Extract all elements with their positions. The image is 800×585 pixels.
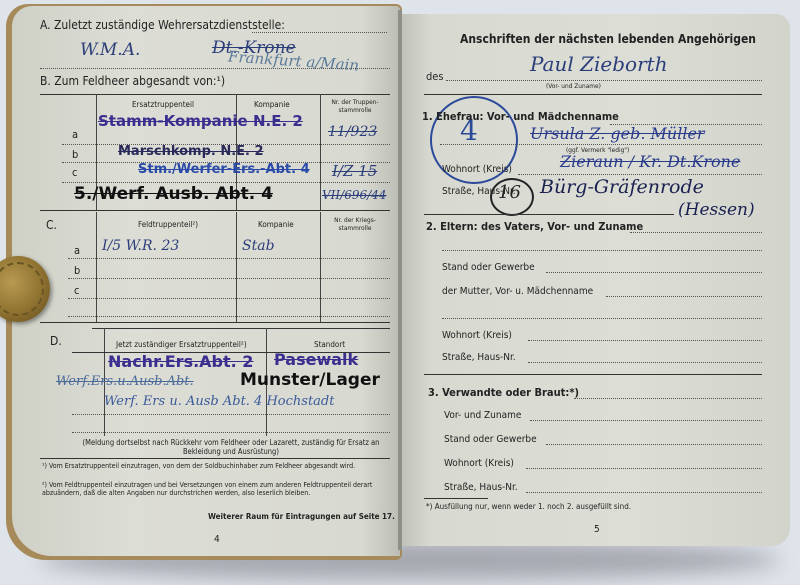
book-spine — [398, 10, 402, 550]
dotted-line — [446, 80, 762, 81]
wohnort-label-3: Wohnort (Kreis) — [444, 458, 514, 469]
dotted-line — [68, 278, 390, 279]
right-title: Anschriften der nächsten lebenden Angehö… — [460, 32, 756, 46]
stammrolle-d: VII/696/44 — [322, 188, 386, 202]
dotted-line — [574, 398, 762, 399]
dotted-line — [606, 296, 762, 297]
dotted-line — [68, 258, 390, 259]
section-d-label: D. — [50, 334, 62, 348]
strasse-label-2: Straße, Haus-Nr. — [442, 352, 516, 363]
stamp-stamm-kompanie: Stamm-Kompanie N.E. 2 — [98, 112, 303, 130]
wma-handwritten: W.M.A. — [80, 40, 140, 60]
dotted-line — [440, 144, 762, 145]
dotted-line — [442, 318, 762, 319]
rule — [40, 94, 390, 95]
row-letter: c — [74, 284, 79, 297]
stammrolle-c: I/Z 15 — [332, 162, 377, 180]
wife-name: Ursula Z. geb. Müller — [530, 124, 705, 143]
stand-label-3: Stand oder Gewerbe — [444, 434, 537, 445]
des-label: des — [426, 70, 444, 83]
rule — [424, 214, 674, 215]
dotted-line — [62, 182, 390, 183]
section-d-note: (Meldung dortselbst nach Rückkehr vom Fe… — [70, 438, 392, 456]
footnote-1: ¹) Vom Ersatztruppenteil einzutragen, vo… — [42, 462, 388, 470]
header-ersatztruppenteil: Ersatztruppenteil — [132, 100, 194, 109]
header-kompanie: Kompanie — [258, 220, 294, 229]
section-b-label: B. Zum Feldheer abgesandt von:¹) — [40, 74, 225, 88]
wohnort-label-1: Wohnort (Kreis) — [442, 164, 512, 175]
header-jetzt-zustandig: Jetzt zuständiger Ersatztruppenteil²) — [116, 340, 247, 349]
dotted-line — [252, 32, 387, 33]
stamp-munster-lager: Munster/Lager — [240, 370, 380, 390]
rule — [40, 322, 390, 323]
des-caption: (Vor- und Zuname) — [546, 82, 601, 90]
rule — [92, 328, 390, 329]
region-hessen: (Hessen) — [678, 200, 755, 220]
stamp-werfer-ers: Stm./Werfer-Ers.-Abt. 4 — [138, 162, 310, 177]
rule — [424, 498, 488, 499]
section-1-label: 1. Ehefrau: Vor- und Mädchenname — [422, 110, 619, 123]
page-number-4: 4 — [214, 534, 220, 545]
section-a-label: A. Zuletzt zuständige Wehrersatzdienstst… — [40, 18, 285, 32]
dotted-line — [528, 362, 762, 363]
col-line — [236, 212, 237, 322]
stamp-werf-ausb: 5./Werf. Ausb. Abt. 4 — [74, 184, 273, 204]
header-kompanie: Kompanie — [254, 100, 290, 109]
dotted-line — [72, 432, 390, 433]
left-page: A. Zuletzt zuständige Wehrersatzdienstst… — [12, 6, 400, 556]
footnote-2: ²) Vom Feldtruppenteil einzutragen und b… — [42, 481, 388, 497]
strasse-label-3: Straße, Haus-Nr. — [444, 482, 518, 493]
page-number-5: 5 — [594, 524, 600, 535]
col-line — [320, 212, 321, 322]
row-letter: c — [72, 166, 77, 179]
rule — [40, 210, 390, 211]
row-letter: a — [74, 244, 80, 257]
dotted-line — [68, 298, 390, 299]
dotted-line — [546, 272, 762, 273]
dotted-line — [528, 340, 762, 341]
section-c-label: C. — [46, 218, 57, 232]
section-3-label: 3. Verwandte oder Braut:*) — [428, 386, 579, 399]
right-page: Anschriften der nächsten lebenden Angehö… — [400, 14, 790, 546]
row-letter: b — [72, 148, 78, 161]
section-2-label: 2. Eltern: des Vaters, Vor- und Zuname — [426, 220, 643, 233]
right-footnote: *) Ausfüllung nur, wenn weder 1. noch 2.… — [426, 502, 631, 511]
row-letter: b — [74, 264, 80, 277]
header-standort: Standort — [314, 340, 345, 349]
col-line — [96, 212, 97, 322]
handwritten-werf-struck: Werf.Ers.u.Ausb.Abt. — [56, 374, 194, 389]
stammrolle-a: 11/923 — [328, 124, 377, 140]
rule — [424, 94, 762, 95]
wohnort-value-1: Zieraun / Kr. Dt.Krone — [560, 152, 740, 171]
mutter-label: der Mutter, Vor- u. Mädchenname — [442, 286, 593, 297]
row-letter: a — [72, 128, 78, 141]
dotted-line — [526, 492, 762, 493]
dotted-line — [40, 68, 390, 69]
stamp-nachr-ers: Nachr.Ers.Abt. 2 — [108, 352, 253, 371]
header-stammrolle: Nr. der Truppen-stammrolle — [324, 98, 386, 114]
strasse-value-1: Bürg-Gräfenrode — [540, 176, 704, 198]
rule — [40, 458, 390, 459]
soldier-name: Paul Zieborth — [530, 52, 668, 76]
dotted-line — [72, 414, 390, 415]
col-line — [320, 94, 321, 210]
kompanie-a: Stab — [242, 238, 275, 254]
handwritten-hochstadt: Werf. Ers u. Ausb Abt. 4 Hochstadt — [104, 394, 334, 409]
frankfurt-handwritten: Frankfurt a/Main — [228, 47, 360, 74]
dotted-line — [68, 316, 390, 317]
wohnort-label-2: Wohnort (Kreis) — [442, 330, 512, 341]
circled-house-number: 16 — [498, 182, 521, 203]
dotted-line — [630, 232, 762, 233]
continued-note: Weiterer Raum für Eintragungen auf Seite… — [208, 512, 395, 521]
header-kriegsstammrolle: Nr. der Kriegs-stammrolle — [324, 216, 386, 232]
feldtruppenteil-a: I/5 W.R. 23 — [102, 238, 179, 254]
stamp-marschkomp: Marschkomp. N.E. 2 — [118, 144, 264, 159]
dotted-line — [530, 420, 762, 421]
dotted-line — [526, 468, 762, 469]
dotted-line — [442, 250, 762, 251]
dotted-line — [518, 174, 762, 175]
dotted-line — [546, 444, 762, 445]
stand-label-2: Stand oder Gewerbe — [442, 262, 535, 273]
header-feldtruppenteil: Feldtruppenteil²) — [138, 220, 198, 229]
stamp-pasewalk: Pasewalk — [274, 350, 358, 369]
rule — [424, 374, 762, 375]
name-label-3: Vor- und Zuname — [444, 410, 521, 421]
